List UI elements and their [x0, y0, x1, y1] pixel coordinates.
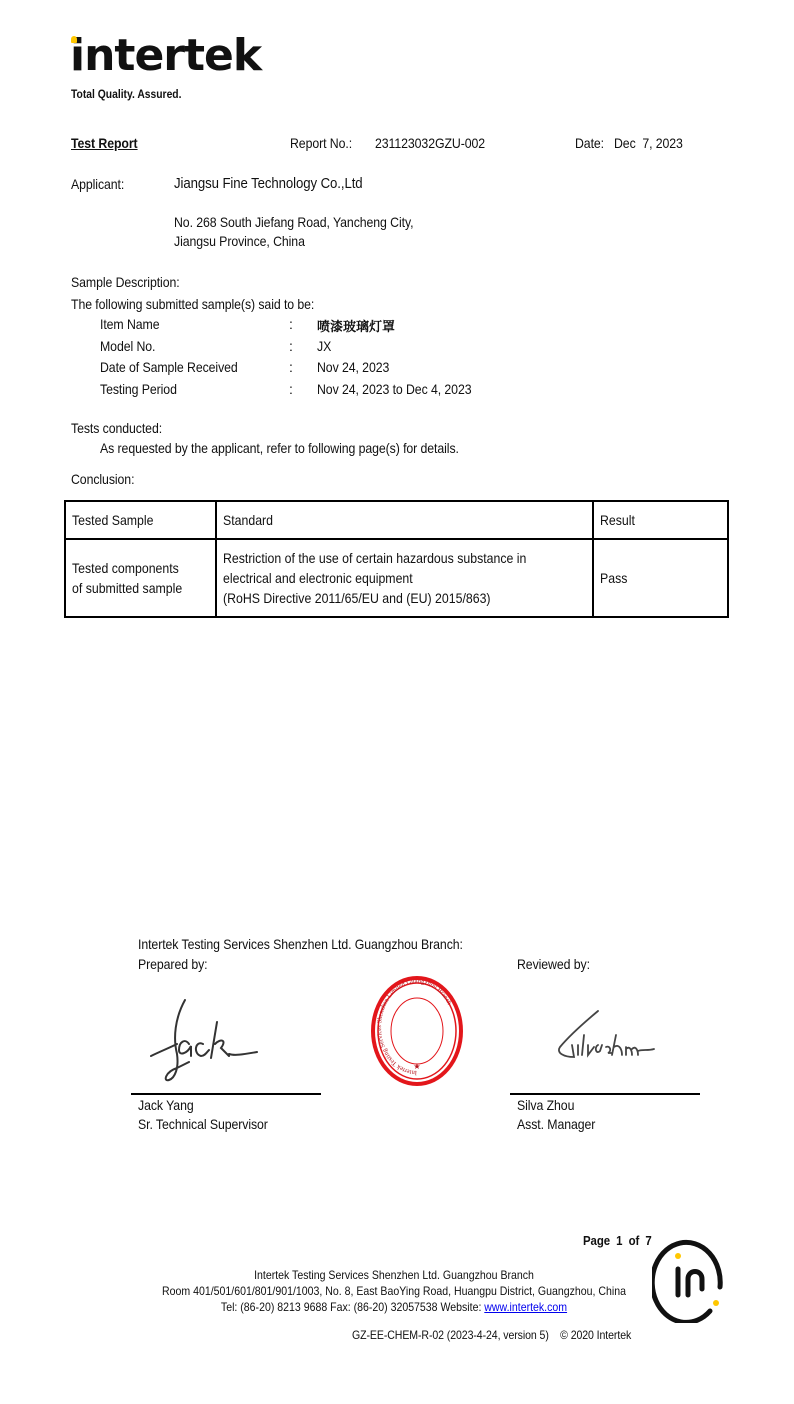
applicant-address-line2: Jiangsu Province, China: [174, 233, 305, 249]
field-label-model-no: Model No.: [100, 338, 155, 354]
tests-conducted-text: As requested by the applicant, refer to …: [100, 440, 459, 456]
footer-contact-text: Tel: (86-20) 8213 9688 Fax: (86-20) 3205…: [221, 1300, 484, 1314]
field-sep: :: [289, 338, 293, 354]
logo-tagline: Total Quality. Assured.: [71, 87, 181, 101]
preparer-name: Jack Yang: [138, 1097, 194, 1113]
prepared-by-label: Prepared by:: [138, 956, 207, 972]
intertek-in-logo-icon: [652, 1233, 728, 1323]
report-no: 231123032GZU-002: [375, 135, 485, 151]
footer-contact: Tel: (86-20) 8213 9688 Fax: (86-20) 3205…: [148, 1299, 641, 1315]
field-label-date-received: Date of Sample Received: [100, 359, 238, 375]
field-sep: :: [289, 381, 293, 397]
column-header-result: Result: [593, 501, 728, 539]
preparer-signature: [145, 998, 265, 1086]
intertek-logo: intertek: [70, 34, 261, 78]
document-title: Test Report: [71, 135, 138, 151]
date-label: Date:: [575, 135, 604, 151]
cell-tested-sample: Tested components of submitted sample: [65, 539, 216, 617]
field-label-testing-period: Testing Period: [100, 381, 177, 397]
field-value-model-no: JX: [317, 338, 331, 354]
column-header-tested-sample: Tested Sample: [65, 501, 216, 539]
company-seal: Intertek Testing Services Shenzhen Limit…: [370, 975, 464, 1087]
signatory-company: Intertek Testing Services Shenzhen Ltd. …: [138, 936, 463, 952]
svg-text:★: ★: [413, 1062, 420, 1071]
reviewer-signature: [550, 1005, 660, 1069]
applicant-label: Applicant:: [71, 176, 124, 192]
field-label-item-name: Item Name: [100, 316, 159, 332]
report-date: Dec 7, 2023: [614, 135, 683, 151]
footer-address-block: Intertek Testing Services Shenzhen Ltd. …: [114, 1267, 674, 1315]
report-no-label: Report No.:: [290, 135, 352, 151]
field-value-date-received: Nov 24, 2023: [317, 359, 389, 375]
reviewer-name: Silva Zhou: [517, 1097, 574, 1113]
field-value-testing-period: Nov 24, 2023 to Dec 4, 2023: [317, 381, 471, 397]
preparer-title: Sr. Technical Supervisor: [138, 1116, 268, 1132]
applicant-address-line1: No. 268 South Jiefang Road, Yancheng Cit…: [174, 214, 413, 230]
column-header-standard: Standard: [216, 501, 594, 539]
reviewer-title: Asst. Manager: [517, 1116, 595, 1132]
applicant-name: Jiangsu Fine Technology Co.,Ltd: [174, 175, 363, 192]
cell-result: Pass: [593, 539, 728, 617]
reviewed-by-label: Reviewed by:: [517, 956, 590, 972]
cell-standard: Restriction of the use of certain hazard…: [216, 539, 594, 617]
logo-accent-dot: [71, 36, 77, 43]
table-header-row: Tested Sample Standard Result: [65, 501, 728, 539]
tests-conducted-heading: Tests conducted:: [71, 420, 162, 436]
page-number: Page 1 of 7: [583, 1233, 652, 1248]
conclusion-heading: Conclusion:: [71, 471, 134, 487]
field-value-item-name: 喷漆玻璃灯罩: [317, 316, 395, 335]
table-row: Tested components of submitted sample Re…: [65, 539, 728, 617]
website-link[interactable]: www.intertek.com: [484, 1300, 567, 1314]
footer-address: Room 401/501/601/801/901/1003, No. 8, Ea…: [148, 1283, 641, 1299]
field-sep: :: [289, 316, 293, 332]
sample-description-heading: Sample Description:: [71, 274, 180, 290]
footer-company: Intertek Testing Services Shenzhen Ltd. …: [148, 1267, 641, 1283]
field-sep: :: [289, 359, 293, 375]
preparer-signature-line: [131, 1093, 321, 1095]
sample-intro: The following submitted sample(s) said t…: [71, 296, 314, 312]
form-code: GZ-EE-CHEM-R-02 (2023-4-24, version 5) ©…: [352, 1328, 631, 1342]
reviewer-signature-line: [510, 1093, 700, 1095]
conclusion-table: Tested Sample Standard Result Tested com…: [64, 500, 729, 618]
